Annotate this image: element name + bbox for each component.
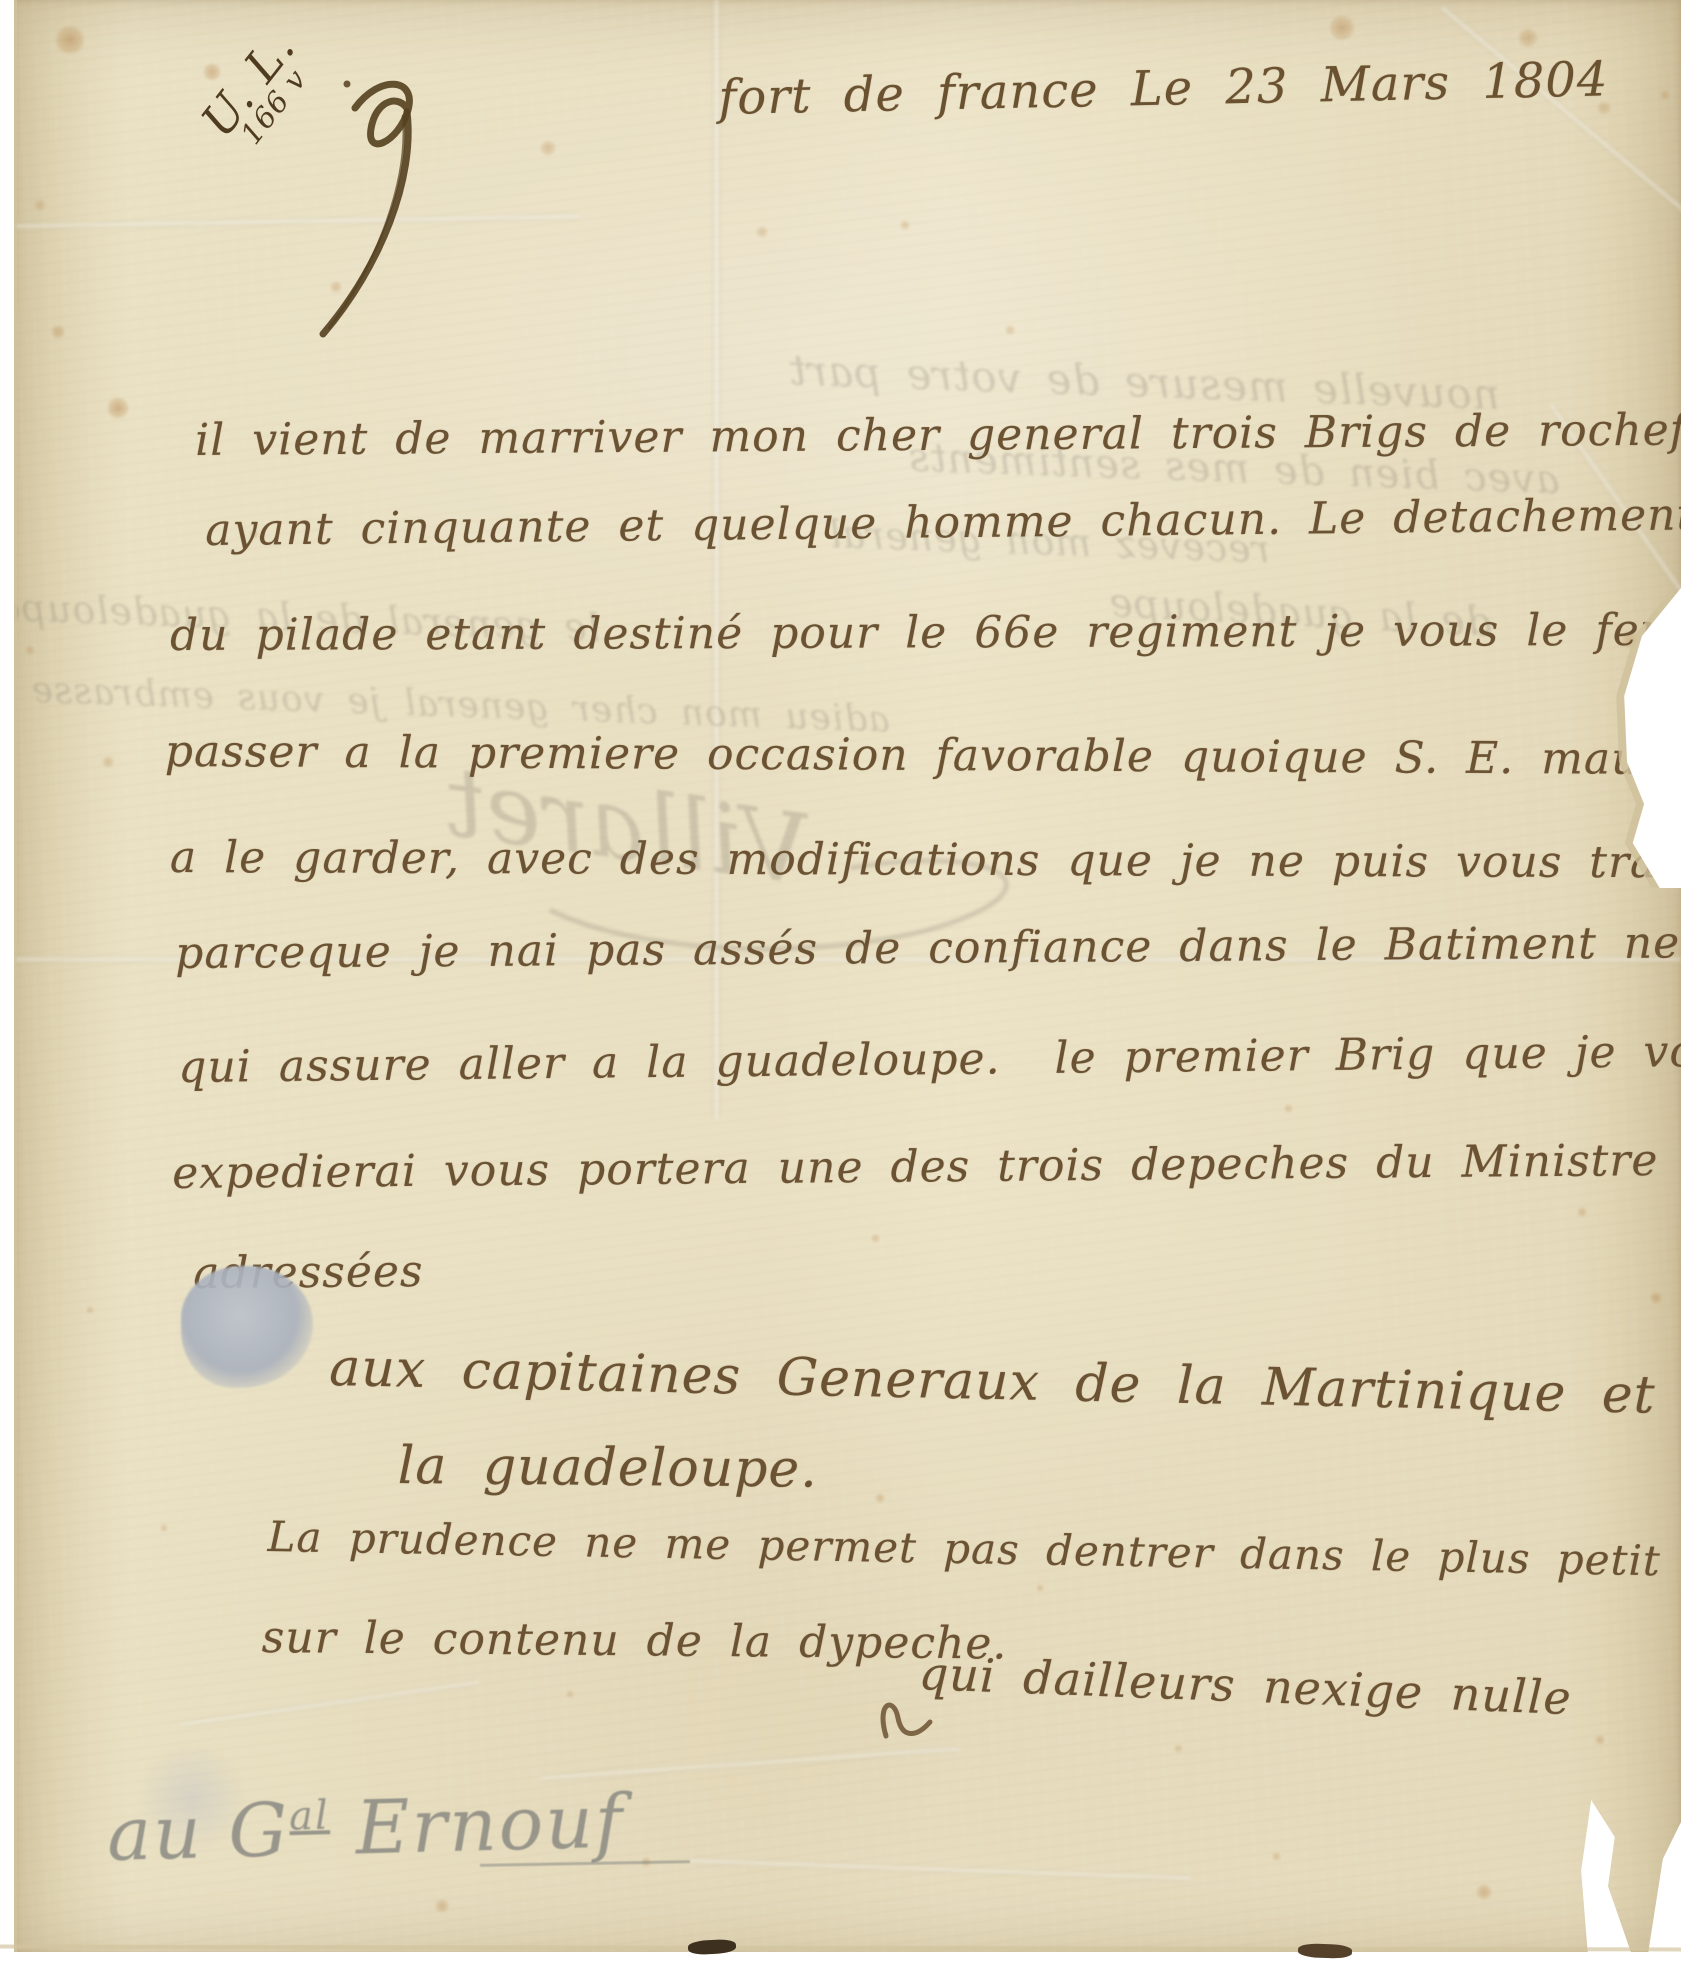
- scanner-strip-left: [0, 0, 14, 1970]
- scanned-letter: nouvelle mesure de votre partavec bien d…: [0, 0, 1681, 1970]
- manuscript-line: a le garder, avec des modifications que …: [170, 832, 1681, 889]
- docket-superscript: al: [289, 1793, 331, 1840]
- manuscript-line: la guadeloupe.: [397, 1436, 818, 1500]
- manuscript-line: sur le contenu de la dypeche.: [262, 1612, 1008, 1670]
- paraph-flourish-icon: [295, 66, 455, 341]
- manuscript-line: il vient de marriver mon cher general tr…: [195, 404, 1681, 466]
- scanner-strip-bottom: [0, 1952, 1681, 1970]
- manuscript-line: du pilade etant destiné pour le 66e regi…: [170, 605, 1681, 661]
- manuscript-line: parceque je nai pas assés de confiance d…: [175, 917, 1681, 979]
- paper-edge: [14, 0, 17, 1954]
- ink-flourish: [872, 1688, 942, 1748]
- docket-prefix: au G: [106, 1787, 291, 1878]
- manuscript-line: passer a la premiere occasion favorable …: [165, 726, 1681, 786]
- docket-name: Ernouf: [329, 1778, 625, 1872]
